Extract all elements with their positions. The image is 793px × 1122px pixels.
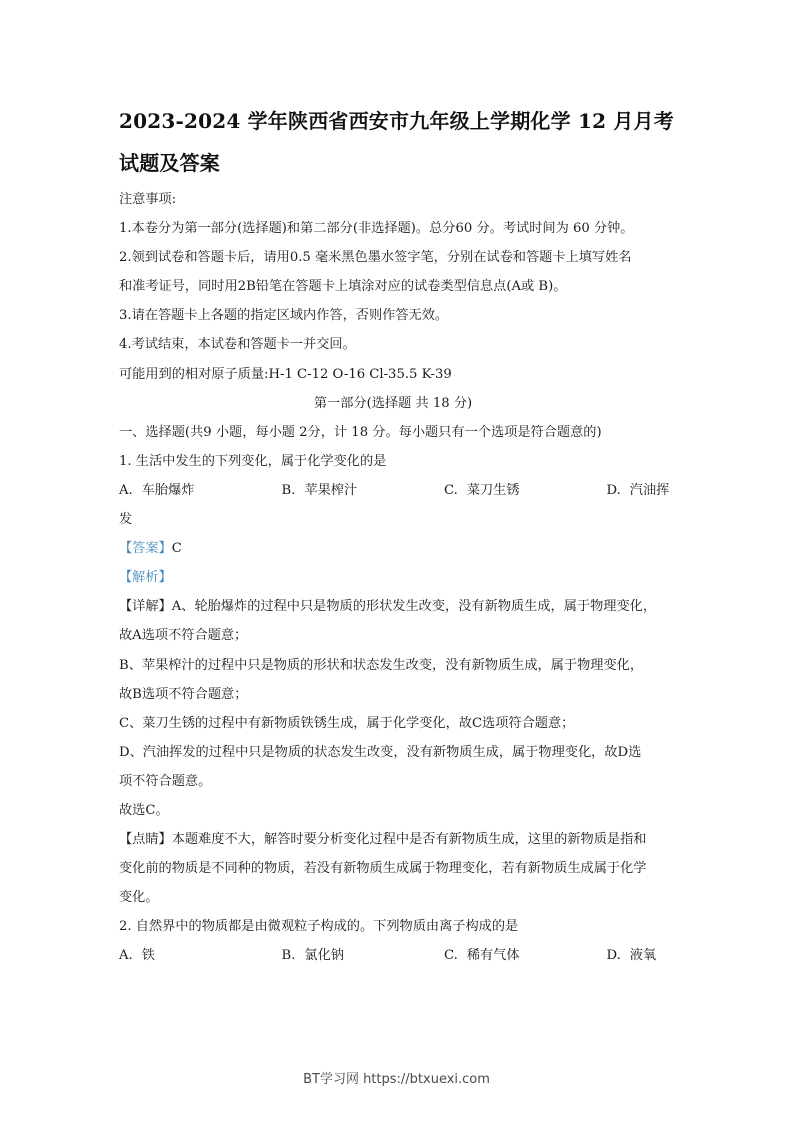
question-2-option-b: B.氯化钠 xyxy=(282,941,445,970)
option-text: 菜刀生锈 xyxy=(467,483,520,498)
notice-item-2: 2.领到试卷和答题卡后，请用0.5 毫米黑色墨水签字笔，分别在试卷和答题卡上填写… xyxy=(119,243,675,272)
footer-watermark: BT学习网 https://btxuexi.com xyxy=(0,1068,793,1087)
question-1-options: A.车胎爆炸 B.苹果榨汁 C.菜刀生锈 D.汽油挥 xyxy=(119,476,675,505)
question-1-detail-line-3: B、苹果榨汁的过程中只是物质的形状和状态发生改变，没有新物质生成，属于物理变化， xyxy=(119,651,675,680)
question-1-option-overflow: 发 xyxy=(119,505,675,534)
question-1-detail-line-1: 【详解】A、轮胎爆炸的过程中只是物质的形状发生改变，没有新物质生成，属于物理变化… xyxy=(119,592,675,621)
question-2-option-c: C.稀有气体 xyxy=(444,941,607,970)
question-2-option-a: A.铁 xyxy=(119,941,282,970)
question-1-detail-line-5: C、菜刀生锈的过程中有新物质铁锈生成，属于化学变化，故C选项符合题意； xyxy=(119,709,675,738)
section1-heading: 一、选择题(共9 小题，每小题 2分，计 18 分。每小题只有一个选项是符合题意… xyxy=(119,418,675,447)
question-1-option-c: C.菜刀生锈 xyxy=(444,476,607,505)
question-1-stem: 1. 生活中发生的下列变化，属于化学变化的是 xyxy=(119,447,675,476)
option-letter: D. xyxy=(607,948,621,963)
notice-item-2-cont: 和准考证号，同时用2B铅笔在答题卡上填涂对应的试卷类型信息点(A或 B)。 xyxy=(119,272,675,301)
question-1-comment-line-1: 【点睛】本题难度不大，解答时要分析变化过程中是否有新物质生成，这里的新物质是指和 xyxy=(119,825,675,854)
question-1-detail-line-2: 故A选项不符合题意； xyxy=(119,621,675,650)
option-letter: A. xyxy=(119,948,133,963)
option-text: 汽油挥 xyxy=(630,483,670,498)
question-1-comment-line-2: 变化前的物质是不同种的物质，若没有新物质生成属于物理变化，若有新物质生成属于化学 xyxy=(119,854,675,883)
question-1-comment-line-3: 变化。 xyxy=(119,883,675,912)
document-body: 注意事项: 1.本卷分为第一部分(选择题)和第二部分(非选择题)。总分60 分。… xyxy=(119,185,675,971)
comment-label: 【点睛】 xyxy=(119,832,172,847)
question-2-stem: 2. 自然界中的物质都是由微观粒子构成的。下列物质由离子构成的是 xyxy=(119,912,675,941)
notice-item-1: 1.本卷分为第一部分(选择题)和第二部分(非选择题)。总分60 分。考试时间为 … xyxy=(119,214,675,243)
notice-item-4: 4.考试结束，本试卷和答题卡一并交回。 xyxy=(119,330,675,359)
answer-value: C xyxy=(172,541,182,556)
analysis-label: 【解析】 xyxy=(119,570,172,585)
atomic-masses: 可能用到的相对原子质量:H-1 C-12 O-16 Cl-35.5 K-39 xyxy=(119,360,675,389)
detail-label: 【详解】 xyxy=(119,599,172,614)
comment-text: 本题难度不大，解答时要分析变化过程中是否有新物质生成，这里的新物质是指和 xyxy=(172,832,647,847)
question-1-analysis: 【解析】 xyxy=(119,563,675,592)
option-text: 氯化钠 xyxy=(304,948,344,963)
question-1-detail-line-8: 故选C。 xyxy=(119,796,675,825)
detail-text: A、轮胎爆炸的过程中只是物质的形状发生改变，没有新物质生成，属于物理变化， xyxy=(172,599,656,614)
title-line-2: 试题及答案 xyxy=(119,142,679,184)
notice-heading: 注意事项: xyxy=(119,185,675,214)
question-1-answer: 【答案】C xyxy=(119,534,675,563)
option-letter: B. xyxy=(282,483,296,498)
title-line-1: 2023-2024 学年陕西省西安市九年级上学期化学 12 月月考 xyxy=(119,100,679,142)
question-1-detail-line-6: D、汽油挥发的过程中只是物质的状态发生改变，没有新物质生成，属于物理变化，故D选 xyxy=(119,738,675,767)
part1-heading: 第一部分(选择题 共 18 分) xyxy=(119,389,675,418)
option-letter: D. xyxy=(607,483,621,498)
option-letter: C. xyxy=(444,483,458,498)
notice-item-3: 3.请在答题卡上各题的指定区域内作答，否则作答无效。 xyxy=(119,301,675,330)
answer-label: 【答案】 xyxy=(119,541,172,556)
option-text: 稀有气体 xyxy=(467,948,520,963)
document-title: 2023-2024 学年陕西省西安市九年级上学期化学 12 月月考 试题及答案 xyxy=(119,100,679,184)
option-text: 苹果榨汁 xyxy=(304,483,357,498)
option-letter: B. xyxy=(282,948,296,963)
question-1-option-a: A.车胎爆炸 xyxy=(119,476,282,505)
option-text: 车胎爆炸 xyxy=(142,483,195,498)
question-1-detail-line-7: 项不符合题意。 xyxy=(119,767,675,796)
question-2-options: A.铁 B.氯化钠 C.稀有气体 D.液氧 xyxy=(119,941,675,970)
question-1-option-b: B.苹果榨汁 xyxy=(282,476,445,505)
question-2-option-d: D.液氧 xyxy=(607,941,770,970)
question-1-detail-line-4: 故B选项不符合题意； xyxy=(119,680,675,709)
option-text: 铁 xyxy=(142,948,155,963)
option-text: 液氧 xyxy=(630,948,656,963)
option-letter: A. xyxy=(119,483,133,498)
question-1-option-d: D.汽油挥 xyxy=(607,476,770,505)
option-letter: C. xyxy=(444,948,458,963)
